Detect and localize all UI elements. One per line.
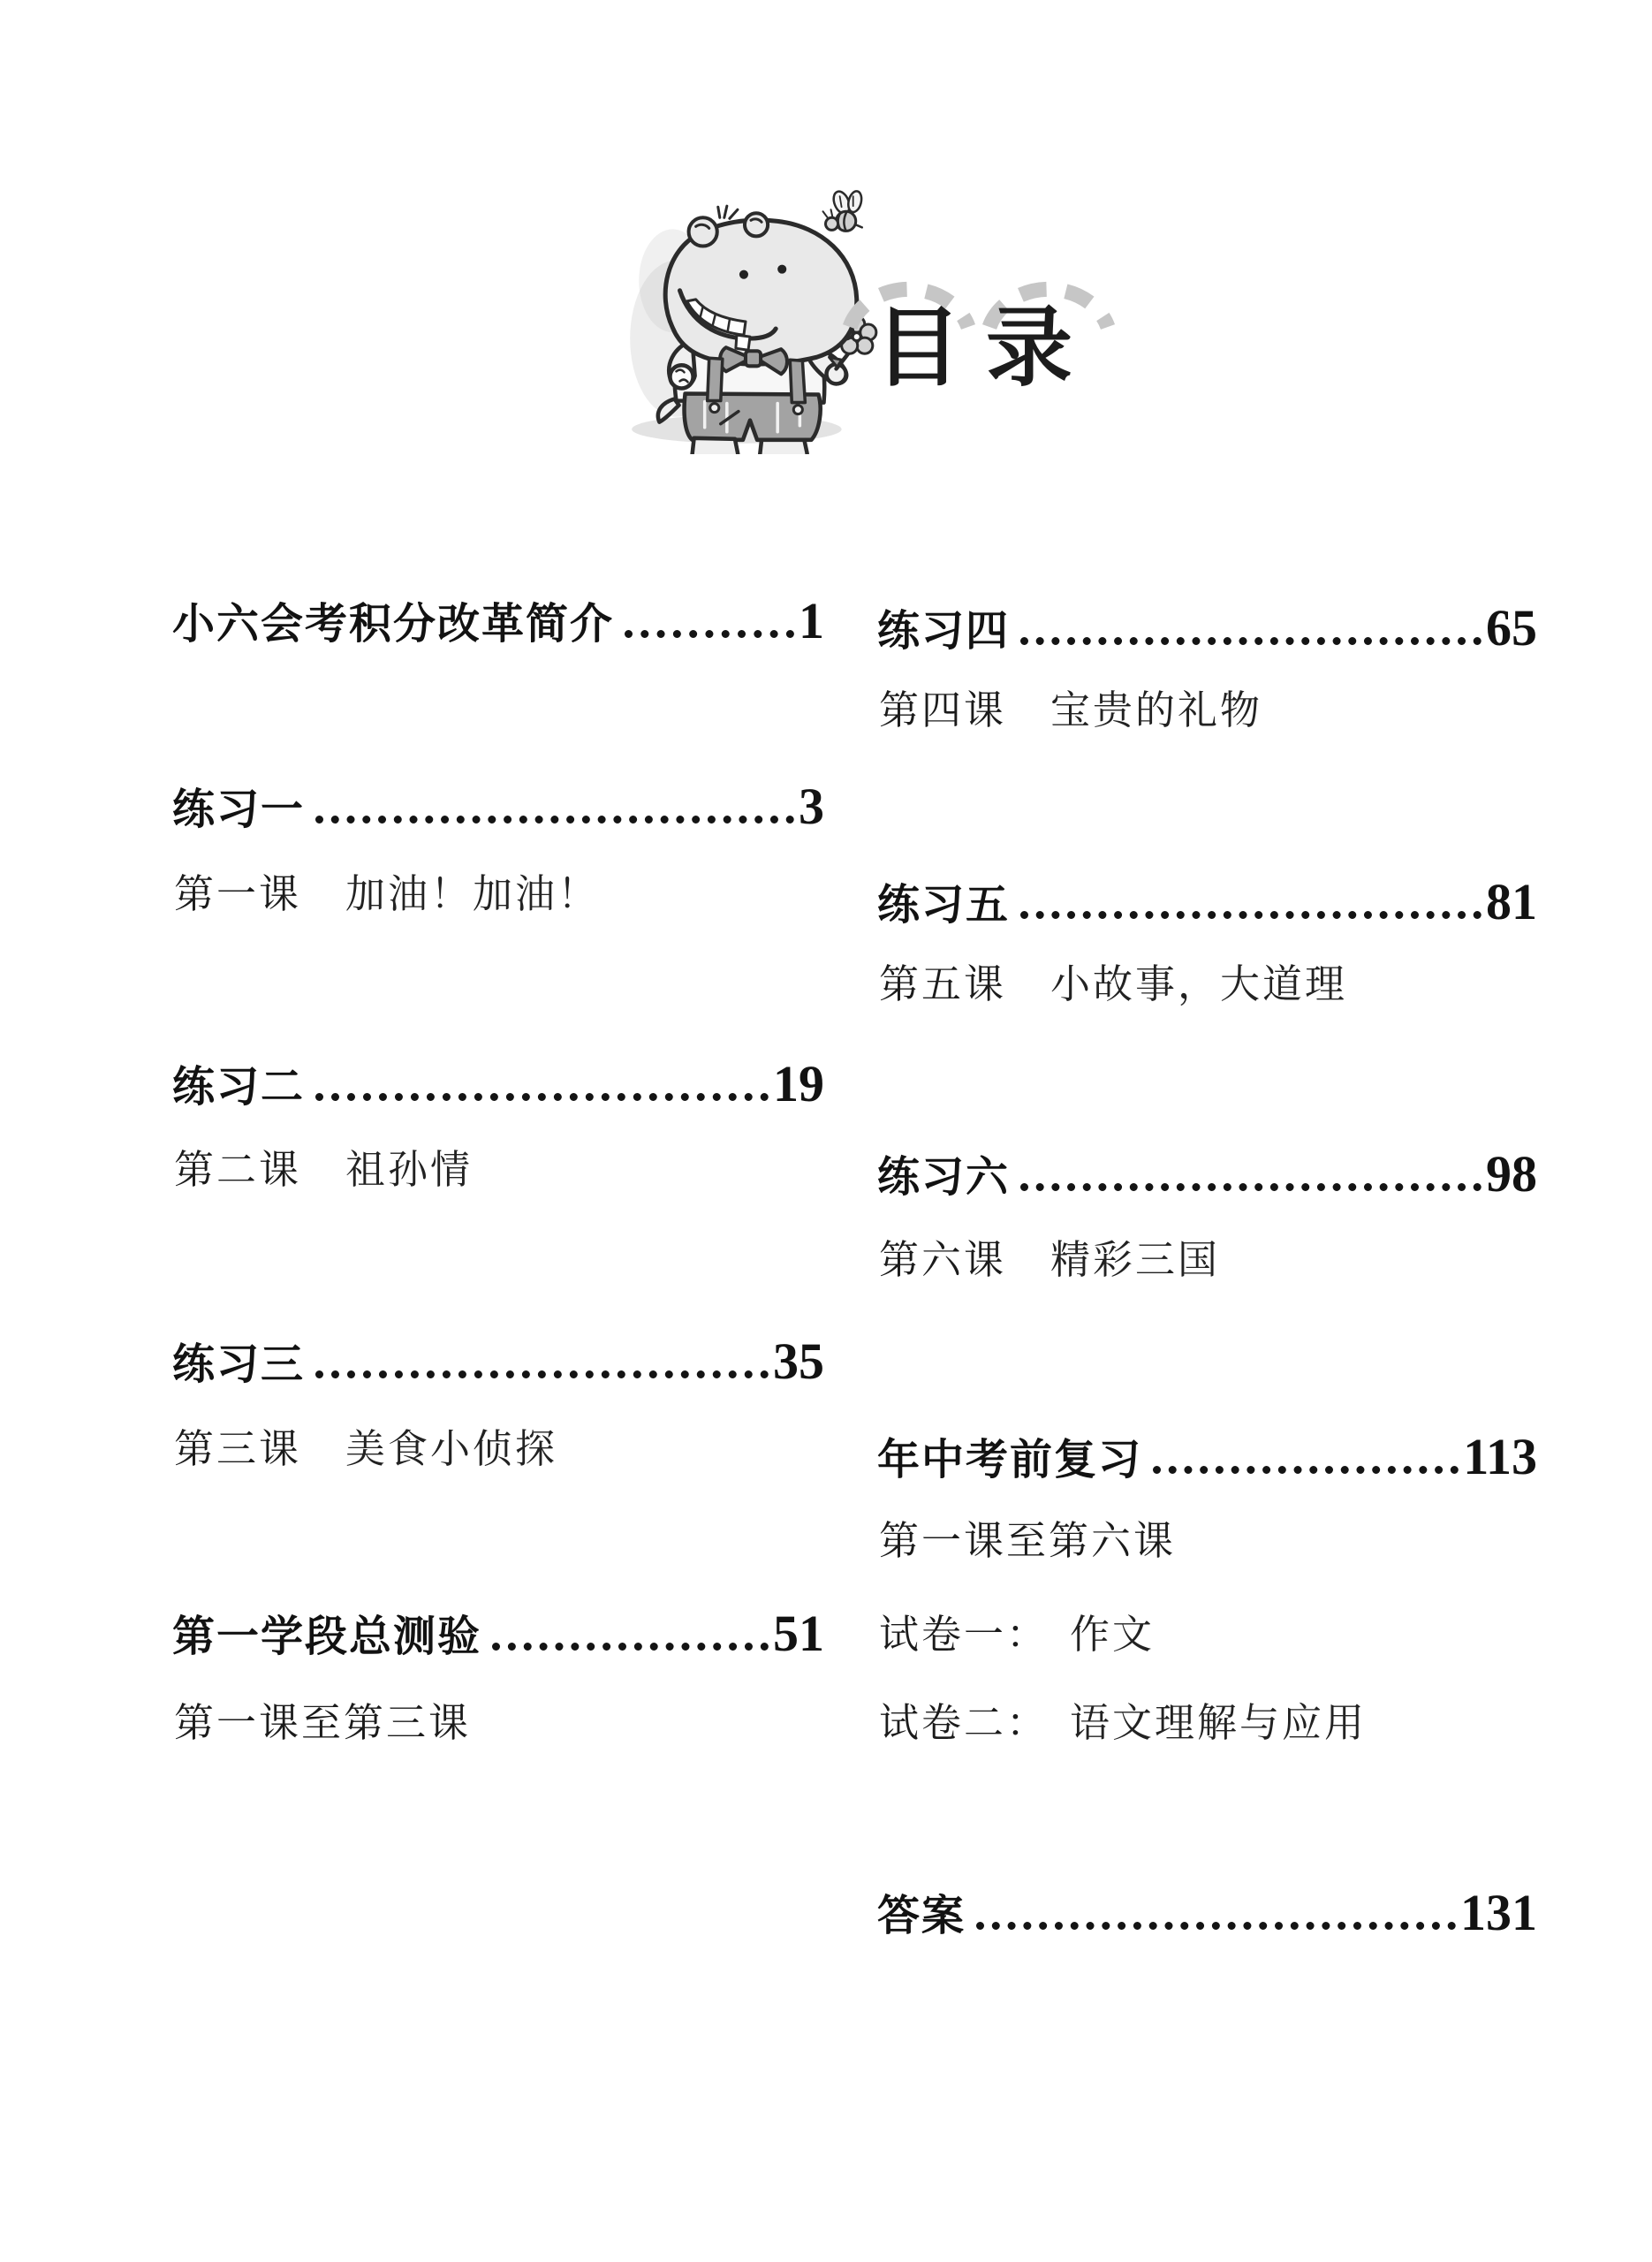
toc-entry: 第一学段总测验 51 xyxy=(172,1608,824,1659)
toc-entry-title: 练习四 xyxy=(877,611,1010,653)
toc-entry-subtitle: 第二课 祖孙情 xyxy=(174,1149,473,1191)
toc-column-left: 小六会考积分改革简介 1 练习一 3 第一课 加油！加油！ 练习二 19 第二课… xyxy=(172,0,824,2262)
toc-entry-page: 19 xyxy=(773,1059,824,1110)
toc-page: 目录 小六会考积分改革简介 1 练习一 3 第一课 加油！加油！ 练习二 19 … xyxy=(0,0,1652,2262)
toc-entry: 练习三 35 xyxy=(172,1336,824,1387)
lesson-label: 第五课 xyxy=(879,963,1006,1005)
dotted-leader xyxy=(1153,1466,1459,1474)
lesson-label: 第一课至第三课 xyxy=(174,1702,471,1743)
lesson-title: 美食小侦探 xyxy=(345,1429,557,1470)
toc-entry: 练习一 3 xyxy=(172,781,824,832)
dotted-leader xyxy=(315,1370,769,1378)
toc-entry-title: 练习二 xyxy=(172,1066,305,1109)
toc-entry-title: 小六会考积分改革简介 xyxy=(172,603,614,646)
lesson-title: 祖孙情 xyxy=(345,1150,473,1191)
toc-entry-title: 练习六 xyxy=(877,1157,1010,1199)
toc-entry: 练习六 98 xyxy=(877,1149,1537,1200)
dotted-leader xyxy=(1020,911,1481,919)
dotted-leader xyxy=(492,1643,769,1651)
toc-entry-title: 答案 xyxy=(877,1895,966,1938)
toc-entry-title: 练习五 xyxy=(877,884,1010,927)
toc-entry-subtitle: 第六课 精彩三国 xyxy=(879,1239,1220,1281)
toc-entry: 练习二 19 xyxy=(172,1059,824,1110)
toc-entry-subtitle: 第一课 加油！加油！ xyxy=(174,873,600,915)
toc-entry-page: 3 xyxy=(799,781,824,832)
lesson-label: 第二课 xyxy=(174,1149,301,1190)
toc-entry: 答案 131 xyxy=(877,1887,1537,1939)
toc-entry-page: 131 xyxy=(1460,1887,1537,1939)
toc-entry-subtitle: 第三课 美食小侦探 xyxy=(174,1428,557,1470)
paper-title: 语文理解与应用 xyxy=(1070,1703,1367,1744)
toc-entry-page: 35 xyxy=(773,1336,824,1387)
toc-entry-title: 练习三 xyxy=(172,1344,305,1386)
dotted-leader xyxy=(1020,1183,1481,1191)
lesson-title: 精彩三国 xyxy=(1050,1240,1220,1281)
dotted-leader xyxy=(315,1093,769,1101)
toc-entry-page: 65 xyxy=(1486,603,1537,654)
lesson-label: 第一课 xyxy=(174,873,301,915)
toc-entry-subtitle: 试卷二： 语文理解与应用 xyxy=(879,1702,1367,1744)
toc-entry-page: 113 xyxy=(1463,1431,1537,1483)
lesson-label: 第六课 xyxy=(879,1239,1006,1280)
lesson-label: 第一课至第六课 xyxy=(879,1520,1176,1561)
paper-label: 试卷一： xyxy=(879,1613,1049,1655)
toc-entry-subtitle: 试卷一： 作文 xyxy=(879,1613,1155,1656)
dotted-leader xyxy=(1020,637,1481,645)
toc-entry-title: 年中考前复习 xyxy=(877,1439,1142,1482)
dotted-leader xyxy=(625,630,794,638)
toc-entry-page: 51 xyxy=(773,1608,824,1659)
toc-entry: 练习五 81 xyxy=(877,877,1537,928)
toc-entry-page: 98 xyxy=(1486,1149,1537,1200)
dotted-leader xyxy=(315,816,794,824)
toc-entry-title: 练习一 xyxy=(172,789,305,831)
lesson-label: 第四课 xyxy=(879,689,1006,731)
toc-entry: 小六会考积分改革简介 1 xyxy=(172,596,824,647)
toc-entry-subtitle: 第一课至第六课 xyxy=(879,1520,1220,1561)
toc-column-right: 练习四 65 第四课 宝贵的礼物 练习五 81 第五课 小故事，大道理 练习六 … xyxy=(877,0,1537,2262)
lesson-label: 第三课 xyxy=(174,1428,301,1469)
toc-entry-title: 第一学段总测验 xyxy=(172,1616,481,1659)
toc-entry-subtitle: 第四课 宝贵的礼物 xyxy=(879,689,1262,732)
lesson-title: 加油！加油！ xyxy=(345,874,600,915)
paper-label: 试卷二： xyxy=(879,1702,1049,1743)
bee-icon xyxy=(822,189,863,231)
toc-entry-subtitle: 第五课 小故事，大道理 xyxy=(879,963,1347,1006)
toc-entry: 年中考前复习 113 xyxy=(877,1431,1537,1483)
toc-entry-page: 1 xyxy=(799,596,824,647)
toc-entry-subtitle: 第一课至第三课 xyxy=(174,1702,515,1743)
paper-title: 作文 xyxy=(1070,1614,1155,1656)
toc-entry: 练习四 65 xyxy=(877,603,1537,654)
lesson-title: 宝贵的礼物 xyxy=(1050,690,1262,732)
toc-entry-page: 81 xyxy=(1486,877,1537,928)
dotted-leader xyxy=(976,1922,1456,1930)
lesson-title: 小故事，大道理 xyxy=(1050,964,1347,1006)
